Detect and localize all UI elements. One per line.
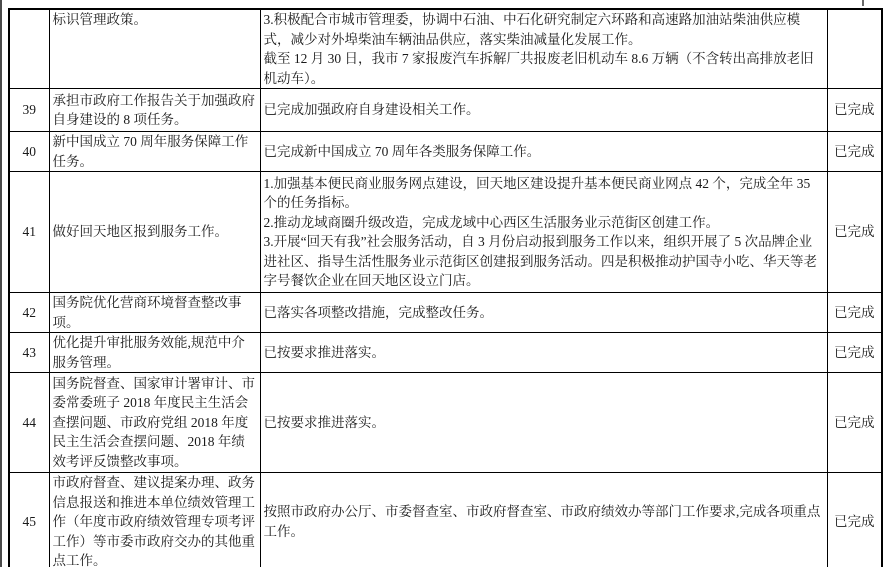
row-number-cell: 39 xyxy=(9,89,49,132)
progress-cell: 3.积极配合市城市管理委，协调中石油、中石化研究制定六环路和高速路加油站柴油供应… xyxy=(260,9,827,89)
row-number-cell: 40 xyxy=(9,132,49,172)
row-number-cell: 42 xyxy=(9,293,49,333)
status-cell: 已完成 xyxy=(827,89,882,132)
task-cell: 优化提升审批服务效能,规范中介服务管理。 xyxy=(49,333,260,373)
status-cell: 已完成 xyxy=(827,473,882,567)
status-cell: 已完成 xyxy=(827,132,882,172)
progress-cell: 按照市政府办公厅、市委督查室、市政府督查室、市政府绩效办等部门工作要求,完成各项… xyxy=(260,473,827,567)
table-row-44: 44 国务院督查、国家审计署审计、市委常委班子 2018 年度民主生活会查摆问题… xyxy=(9,373,882,473)
task-cell: 新中国成立 70 周年服务保障工作任务。 xyxy=(49,132,260,172)
table-body: 标识管理政策。 3.积极配合市城市管理委，协调中石油、中石化研究制定六环路和高速… xyxy=(9,9,882,567)
progress-cell: 1.加强基本便民商业服务网点建设，回天地区建设提升基本便民商业网点 42 个，完… xyxy=(260,172,827,293)
scan-tick-artifact xyxy=(862,0,864,6)
table-row-40: 40 新中国成立 70 周年服务保障工作任务。 已完成新中国成立 70 周年各类… xyxy=(9,132,882,172)
status-cell: 已完成 xyxy=(827,293,882,333)
row-number-cell: 43 xyxy=(9,333,49,373)
status-cell: 已完成 xyxy=(827,373,882,473)
task-cell: 市政府督查、建议提案办理、政务信息报送和推进本单位绩效管理工作（年度市政府绩效管… xyxy=(49,473,260,567)
progress-cell: 已按要求推进落实。 xyxy=(260,373,827,473)
row-number-cell: 45 xyxy=(9,473,49,567)
table-row-45: 45 市政府督查、建议提案办理、政务信息报送和推进本单位绩效管理工作（年度市政府… xyxy=(9,473,882,567)
table-row-continued: 标识管理政策。 3.积极配合市城市管理委，协调中石油、中石化研究制定六环路和高速… xyxy=(9,9,882,89)
table-row-41: 41 做好回天地区报到服务工作。 1.加强基本便民商业服务网点建设，回天地区建设… xyxy=(9,172,882,293)
progress-cell: 已完成加强政府自身建设相关工作。 xyxy=(260,89,827,132)
progress-cell: 已按要求推进落实。 xyxy=(260,333,827,373)
progress-cell: 已落实各项整改措施，完成整改任务。 xyxy=(260,293,827,333)
row-number-cell xyxy=(9,9,49,89)
row-number-cell: 41 xyxy=(9,172,49,293)
status-cell xyxy=(827,9,882,89)
scan-edge-artifact xyxy=(0,0,2,567)
task-cell: 国务院督查、国家审计署审计、市委常委班子 2018 年度民主生活会查摆问题、市政… xyxy=(49,373,260,473)
task-cell: 承担市政府工作报告关于加强政府自身建设的 8 项任务。 xyxy=(49,89,260,132)
table-row-39: 39 承担市政府工作报告关于加强政府自身建设的 8 项任务。 已完成加强政府自身… xyxy=(9,89,882,132)
task-cell: 标识管理政策。 xyxy=(49,9,260,89)
progress-cell: 已完成新中国成立 70 周年各类服务保障工作。 xyxy=(260,132,827,172)
row-number-cell: 44 xyxy=(9,373,49,473)
table-row-42: 42 国务院优化营商环境督查整改事项。 已落实各项整改措施，完成整改任务。 已完… xyxy=(9,293,882,333)
status-cell: 已完成 xyxy=(827,333,882,373)
task-cell: 国务院优化营商环境督查整改事项。 xyxy=(49,293,260,333)
status-cell: 已完成 xyxy=(827,172,882,293)
table-row-43: 43 优化提升审批服务效能,规范中介服务管理。 已按要求推进落实。 已完成 xyxy=(9,333,882,373)
task-cell: 做好回天地区报到服务工作。 xyxy=(49,172,260,293)
task-progress-table: 标识管理政策。 3.积极配合市城市管理委，协调中石油、中石化研究制定六环路和高速… xyxy=(8,8,883,567)
